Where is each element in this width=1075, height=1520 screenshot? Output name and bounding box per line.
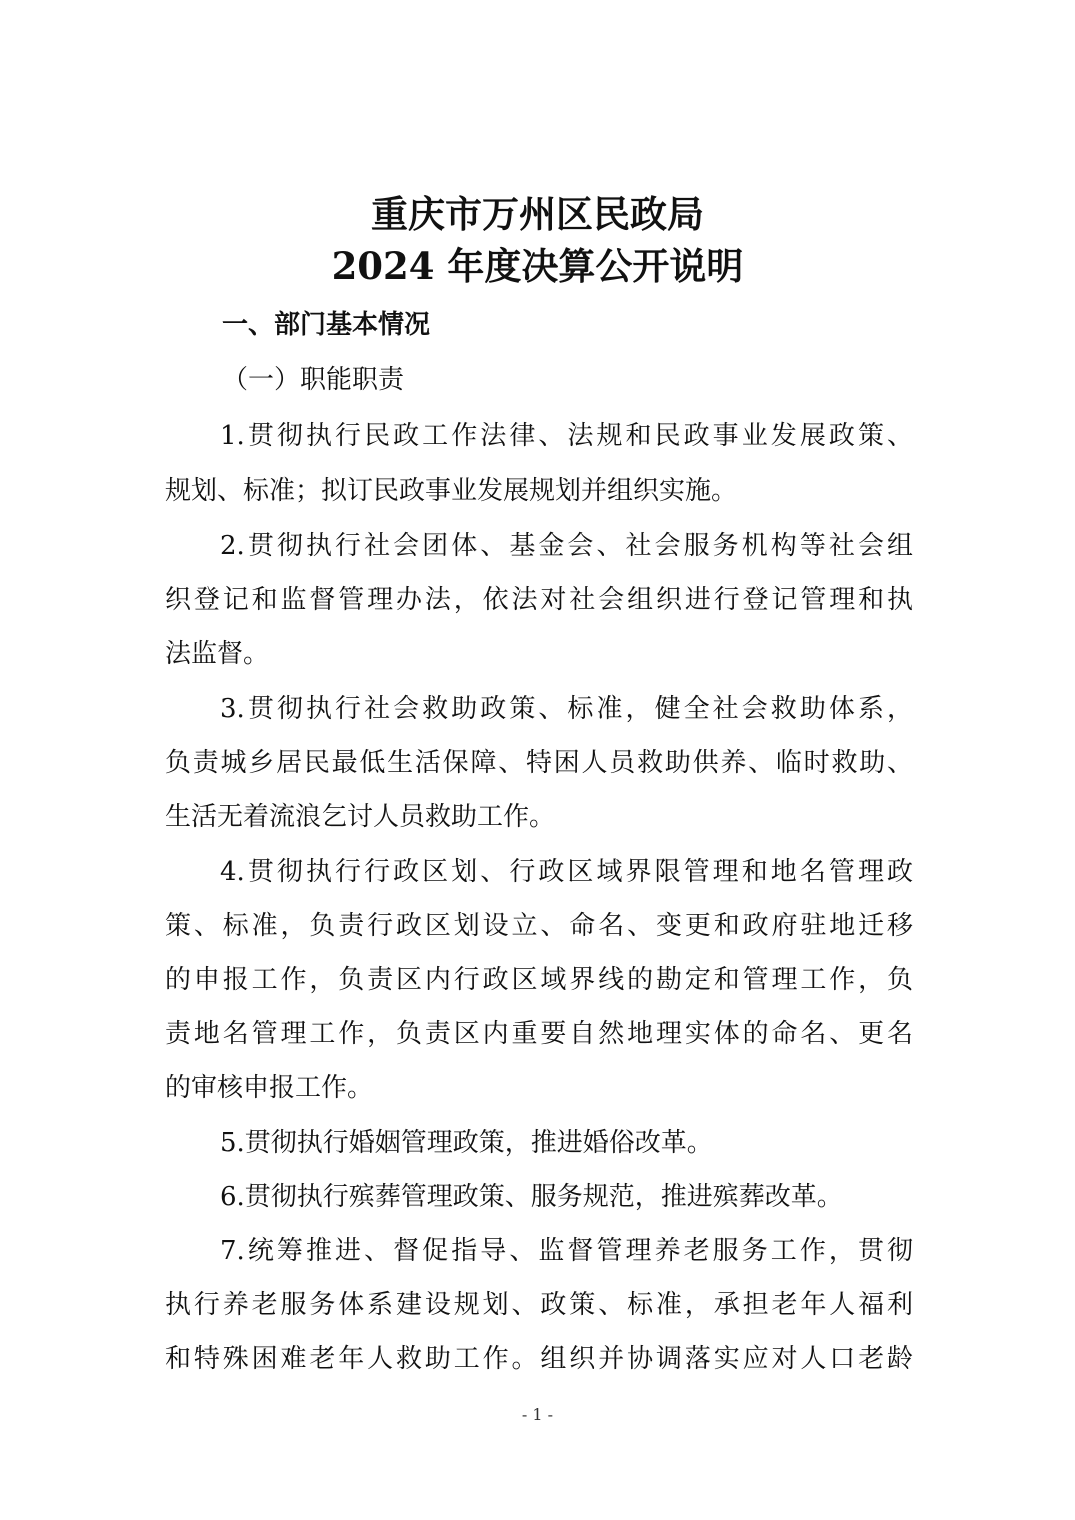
paragraph-line: 生活无着流浪乞讨人员救助工作。: [165, 797, 913, 837]
paragraph-line: 织登记和监督管理办法，依法对社会组织进行登记管理和执: [165, 580, 913, 620]
paragraph-line: 责地名管理工作，负责区内重要自然地理实体的命名、更名: [165, 1014, 913, 1054]
page-number: - 1 -: [0, 1404, 1075, 1426]
paragraph-line: 和特殊困难老年人救助工作。组织并协调落实应对人口老龄: [165, 1339, 913, 1379]
paragraph-line: 策、标准，负责行政区划设立、命名、变更和政府驻地迁移: [165, 906, 913, 946]
section-heading: 一、部门基本情况: [222, 305, 430, 345]
document-title-line-1: 重庆市万州区民政局: [0, 192, 1075, 236]
paragraph-line: 执行养老服务体系建设规划、政策、标准，承担老年人福利: [165, 1285, 913, 1325]
paragraph-line: 2.贯彻执行社会团体、基金会、社会服务机构等社会组: [220, 526, 913, 566]
paragraph-line: 法监督。: [165, 634, 913, 674]
paragraph-line: 3.贯彻执行社会救助政策、标准，健全社会救助体系，: [220, 689, 913, 729]
paragraph-line: 的审核申报工作。: [165, 1068, 913, 1108]
paragraph-line: 6.贯彻执行殡葬管理政策、服务规范，推进殡葬改革。: [220, 1177, 913, 1217]
subsection-heading: （一）职能职责: [222, 360, 404, 400]
paragraph-line: 7.统筹推进、督促指导、监督管理养老服务工作，贯彻: [220, 1231, 913, 1271]
paragraph-line: 1.贯彻执行民政工作法律、法规和民政事业发展政策、: [220, 416, 913, 456]
paragraph-line: 5.贯彻执行婚姻管理政策，推进婚俗改革。: [220, 1123, 913, 1163]
document-page: 重庆市万州区民政局 2024 年度决算公开说明 一、部门基本情况 （一）职能职责…: [0, 0, 1075, 1520]
paragraph-line: 负责城乡居民最低生活保障、特困人员救助供养、临时救助、: [165, 743, 913, 783]
paragraph-line: 4.贯彻执行行政区划、行政区域界限管理和地名管理政: [220, 852, 913, 892]
document-title-line-2: 2024 年度决算公开说明: [0, 244, 1075, 288]
paragraph-line: 的申报工作，负责区内行政区域界线的勘定和管理工作，负: [165, 960, 913, 1000]
paragraph-line: 规划、标准；拟订民政事业发展规划并组织实施。: [165, 471, 913, 511]
